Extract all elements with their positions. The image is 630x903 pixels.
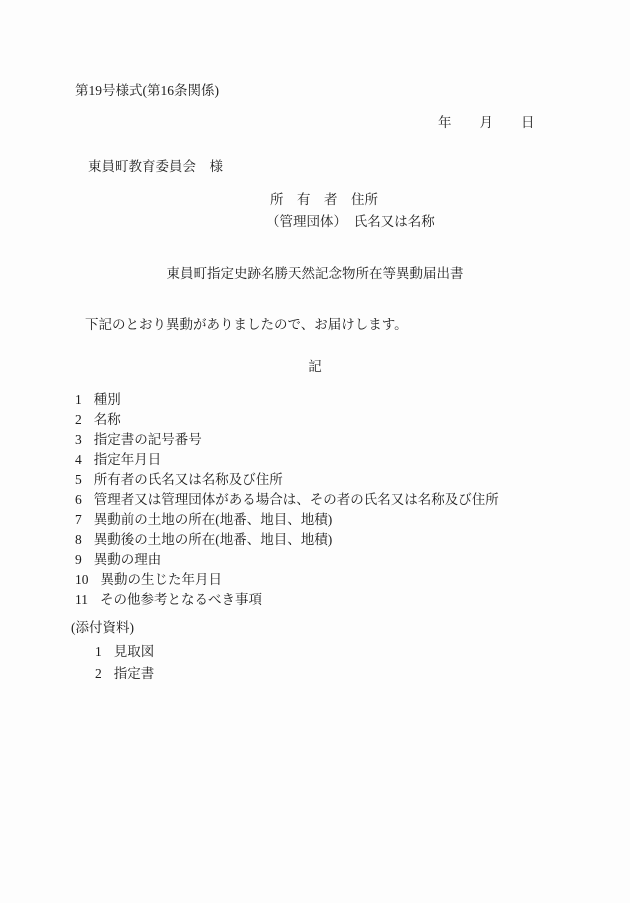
attachment-text: 見取図 (114, 644, 155, 659)
item-number: 5 (75, 471, 82, 490)
attachment-number: 1 (95, 643, 102, 662)
item-number: 6 (75, 491, 82, 510)
attachment-list: 1見取図 2指定書 (95, 643, 154, 687)
list-item: 2名称 (75, 411, 499, 431)
item-text: 異動の理由 (94, 552, 162, 567)
owner-address-label: 所 有 者 住所 (266, 191, 435, 213)
item-number: 2 (75, 411, 82, 430)
item-text: 管理者又は管理団体がある場合は、その者の氏名又は名称及び住所 (94, 492, 499, 507)
item-text: 異動後の土地の所在(地番、地目、地積) (94, 532, 333, 547)
owner-name-label: （管理団体） 氏名又は名称 (266, 213, 435, 235)
attachment-item: 1見取図 (95, 643, 154, 665)
owner-block: 所 有 者 住所 （管理団体） 氏名又は名称 (266, 191, 435, 235)
item-number: 10 (75, 571, 89, 590)
item-number: 1 (75, 391, 82, 410)
document-title: 東員町指定史跡名勝天然記念物所在等異動届出書 (0, 265, 630, 284)
list-item: 1種別 (75, 391, 499, 411)
list-item: 7異動前の土地の所在(地番、地目、地積) (75, 511, 499, 531)
list-item: 6管理者又は管理団体がある場合は、その者の氏名又は名称及び住所 (75, 491, 499, 511)
month-label: 月 (480, 114, 494, 133)
item-text: 種別 (94, 392, 121, 407)
item-number: 8 (75, 531, 82, 550)
item-number: 7 (75, 511, 82, 530)
list-item: 3指定書の記号番号 (75, 431, 499, 451)
year-label: 年 (438, 114, 452, 133)
item-text: 異動の生じた年月日 (101, 572, 223, 587)
item-number: 3 (75, 431, 82, 450)
list-item: 4指定年月日 (75, 451, 499, 471)
attachment-item: 2指定書 (95, 665, 154, 687)
item-list: 1種別 2名称 3指定書の記号番号 4指定年月日 5所有者の氏名又は名称及び住所… (75, 391, 499, 611)
item-text: その他参考となるべき事項 (100, 592, 262, 607)
item-number: 9 (75, 551, 82, 570)
item-number: 11 (75, 591, 88, 610)
item-number: 4 (75, 451, 82, 470)
item-text: 所有者の氏名又は名称及び住所 (94, 472, 283, 487)
list-item: 10異動の生じた年月日 (75, 571, 499, 591)
list-item: 8異動後の土地の所在(地番、地目、地積) (75, 531, 499, 551)
item-text: 指定書の記号番号 (94, 432, 202, 447)
attachment-text: 指定書 (114, 666, 155, 681)
list-item: 9異動の理由 (75, 551, 499, 571)
intro-text: 下記のとおり異動がありましたので、お届けします。 (85, 316, 408, 335)
list-item: 5所有者の氏名又は名称及び住所 (75, 471, 499, 491)
item-text: 名称 (94, 412, 121, 427)
addressee: 東員町教育委員会 様 (88, 158, 223, 177)
list-item: 11その他参考となるべき事項 (75, 591, 499, 611)
item-text: 異動前の土地の所在(地番、地目、地積) (94, 512, 333, 527)
section-heading-ki: 記 (0, 358, 630, 377)
item-text: 指定年月日 (94, 452, 162, 467)
document-page: 第19号様式(第16条関係) 年 月 日 東員町教育委員会 様 所 有 者 住所… (0, 0, 630, 903)
day-label: 日 (521, 114, 535, 133)
attachment-number: 2 (95, 665, 102, 684)
form-number: 第19号様式(第16条関係) (75, 82, 219, 101)
date-line: 年 月 日 (438, 114, 535, 133)
attachments-heading: (添付資料) (71, 619, 134, 638)
